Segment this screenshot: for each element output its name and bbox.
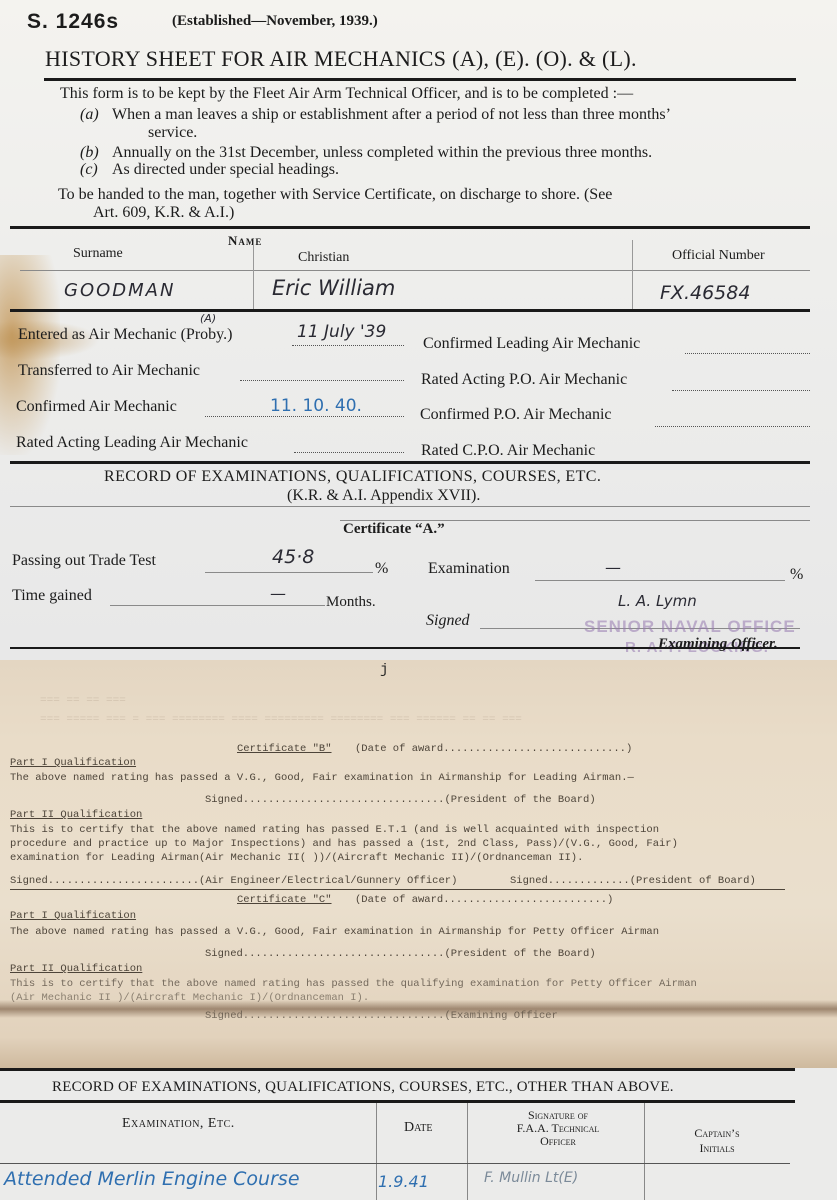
established-date: (Established—November, 1939.) bbox=[172, 13, 378, 30]
time-gained-label: Time gained bbox=[12, 587, 92, 605]
c-part1-heading: Part I Qualification bbox=[10, 910, 136, 922]
condition-c-label: (c) bbox=[80, 161, 98, 179]
b-part2-signed-right: Signed.............(President of Board) bbox=[510, 875, 756, 887]
record-divider bbox=[10, 506, 810, 507]
record-bottom-rule bbox=[10, 647, 800, 649]
time-gained-value[interactable]: — bbox=[270, 584, 286, 603]
handover-text: To be handed to the man, together with S… bbox=[58, 186, 612, 204]
other-record-title-rule bbox=[0, 1100, 795, 1103]
c-part1-signed: Signed................................(P… bbox=[205, 948, 596, 960]
trade-test-percent: % bbox=[375, 560, 388, 578]
b-part2-text-2: procedure and practice up to Major Inspe… bbox=[10, 838, 678, 850]
examination-label: Examination bbox=[428, 560, 510, 578]
row-examination[interactable]: Attended Merlin Engine Course bbox=[4, 1168, 300, 1190]
certificate-a-heading: Certificate “A.” bbox=[343, 521, 445, 538]
transferred-field-line bbox=[240, 380, 404, 381]
column-divider bbox=[253, 240, 254, 310]
entered-field-line bbox=[292, 345, 404, 346]
insert-divider bbox=[10, 889, 785, 890]
form-number: S. 1246s bbox=[27, 10, 119, 34]
other-record-top-rule bbox=[0, 1068, 795, 1071]
certificate-b-heading: Certificate "B" bbox=[237, 743, 332, 755]
title-underline bbox=[44, 78, 796, 81]
b-part2-text-3: examination for Leading Airman(Air Mecha… bbox=[10, 852, 583, 864]
condition-b-label: (b) bbox=[80, 144, 99, 162]
b-part2-signed-left: Signed........................(Air Engin… bbox=[10, 875, 457, 887]
official-number-value[interactable]: FX.46584 bbox=[660, 282, 750, 304]
row-signature[interactable]: F. Mullin Lt(E) bbox=[484, 1170, 578, 1186]
b-part2-heading: Part II Qualification bbox=[10, 809, 142, 821]
table-column-divider bbox=[644, 1103, 645, 1200]
bleed-through-text: === ===== === = === ======== ==== ======… bbox=[40, 714, 522, 726]
rating-value-confirmed-am[interactable]: 11. 10. 40. bbox=[270, 396, 362, 416]
captain-header-line2: Initials bbox=[699, 1141, 734, 1155]
b-part1-signed: Signed................................(P… bbox=[205, 794, 596, 806]
confirmed-leading-field-line bbox=[685, 353, 810, 354]
column-header-date: Date bbox=[404, 1120, 432, 1136]
record-title: RECORD OF EXAMINATIONS, QUALIFICATIONS, … bbox=[104, 468, 601, 486]
signed-label: Signed bbox=[426, 612, 470, 630]
condition-c-text: As directed under special headings. bbox=[112, 161, 339, 179]
intro-text: This form is to be kept by the Fleet Air… bbox=[60, 85, 633, 103]
signature-header-line1: Signature of bbox=[528, 1108, 588, 1122]
condition-a-text: When a man leaves a ship or establishmen… bbox=[112, 106, 671, 124]
c-part2-text-1: This is to certify that the above named … bbox=[10, 978, 697, 990]
name-header: Name bbox=[228, 233, 262, 249]
trade-test-field-line bbox=[205, 572, 373, 573]
ratings-divider bbox=[10, 461, 810, 464]
confirmed-po-field-line bbox=[655, 426, 810, 427]
insert-punch-mark: j bbox=[380, 662, 388, 678]
b-part1-text: The above named rating has passed a V.G.… bbox=[10, 772, 634, 784]
rating-label-transferred: Transferred to Air Mechanic bbox=[18, 362, 200, 380]
table-column-divider bbox=[376, 1103, 377, 1200]
bleed-through-text: === == == === bbox=[40, 695, 126, 707]
rating-label-confirmed-po: Confirmed P.O. Air Mechanic bbox=[420, 406, 612, 424]
acting-leading-field-line bbox=[294, 452, 404, 453]
examining-officer-label: Examining Officer. bbox=[658, 636, 778, 653]
record-subtitle: (K.R. & A.I. Appendix XVII). bbox=[287, 487, 480, 505]
confirmed-am-field-line bbox=[205, 416, 404, 417]
table-column-divider bbox=[467, 1103, 468, 1200]
rating-label-acting-leading: Rated Acting Leading Air Mechanic bbox=[16, 434, 248, 452]
condition-a-cont: service. bbox=[148, 124, 197, 142]
examiner-signature: L. A. Lymn bbox=[618, 592, 697, 610]
rating-value-entered[interactable]: 11 July '39 bbox=[297, 322, 386, 342]
surname-value[interactable]: GOODMAN bbox=[64, 280, 175, 301]
rating-label-acting-po: Rated Acting P.O. Air Mechanic bbox=[421, 371, 627, 389]
c-part2-heading: Part II Qualification bbox=[10, 963, 142, 975]
header-divider bbox=[10, 226, 810, 229]
rating-label-confirmed-leading: Confirmed Leading Air Mechanic bbox=[423, 335, 640, 353]
rating-label-cpo: Rated C.P.O. Air Mechanic bbox=[421, 442, 595, 460]
column-header-captain: Captain’s Initials bbox=[672, 1126, 762, 1156]
christian-value[interactable]: Eric William bbox=[272, 276, 395, 300]
certificate-b-date: (Date of award..........................… bbox=[355, 743, 632, 755]
b-part1-heading: Part I Qualification bbox=[10, 757, 136, 769]
signature-header-line2: F.A.A. Technical bbox=[517, 1121, 600, 1135]
official-number-label: Official Number bbox=[672, 248, 765, 264]
christian-label: Christian bbox=[298, 250, 349, 266]
examination-value[interactable]: — bbox=[605, 558, 621, 577]
column-divider bbox=[632, 240, 633, 310]
name-header-divider bbox=[20, 270, 810, 271]
c-part1-text: The above named rating has passed a V.G.… bbox=[10, 926, 659, 938]
captain-header-line1: Captain’s bbox=[694, 1126, 739, 1140]
examination-percent: % bbox=[790, 566, 803, 584]
c-part2-signed: Signed................................(E… bbox=[205, 1010, 558, 1022]
examination-field-line bbox=[535, 580, 785, 581]
trade-test-value[interactable]: 45·8 bbox=[272, 546, 314, 568]
surname-label: Surname bbox=[73, 246, 123, 262]
rating-label-confirmed-am: Confirmed Air Mechanic bbox=[16, 398, 177, 416]
certificate-c-heading: Certificate "C" bbox=[237, 894, 332, 906]
rating-label-entered: Entered as Air Mechanic (Proby.) bbox=[18, 326, 232, 344]
b-part2-text-1: This is to certify that the above named … bbox=[10, 824, 659, 836]
months-label: Months. bbox=[326, 594, 376, 611]
trade-test-label: Passing out Trade Test bbox=[12, 552, 156, 570]
row-date[interactable]: 1.9.41 bbox=[378, 1172, 429, 1191]
signature-header-line3: Officer bbox=[540, 1134, 576, 1148]
time-gained-field-line bbox=[110, 605, 325, 606]
certificate-c-date: (Date of award..........................… bbox=[355, 894, 613, 906]
page-title: HISTORY SHEET FOR AIR MECHANICS (A), (E)… bbox=[45, 46, 637, 72]
other-record-title: RECORD OF EXAMINATIONS, QUALIFICATIONS, … bbox=[52, 1079, 674, 1096]
acting-po-field-line bbox=[672, 390, 810, 391]
column-header-signature: Signature of F.A.A. Technical Officer bbox=[498, 1109, 618, 1148]
condition-b-text: Annually on the 31st December, unless co… bbox=[112, 144, 652, 162]
naval-office-stamp: SENIOR NAVAL OFFICE bbox=[584, 617, 796, 637]
handover-text-2: Art. 609, K.R. & A.I.) bbox=[93, 204, 234, 222]
name-block-divider bbox=[10, 309, 810, 312]
column-header-examination: Examination, Etc. bbox=[122, 1116, 235, 1132]
table-header-divider bbox=[0, 1163, 790, 1164]
rating-note: (A) bbox=[200, 312, 216, 325]
condition-a-label: (a) bbox=[80, 106, 99, 124]
